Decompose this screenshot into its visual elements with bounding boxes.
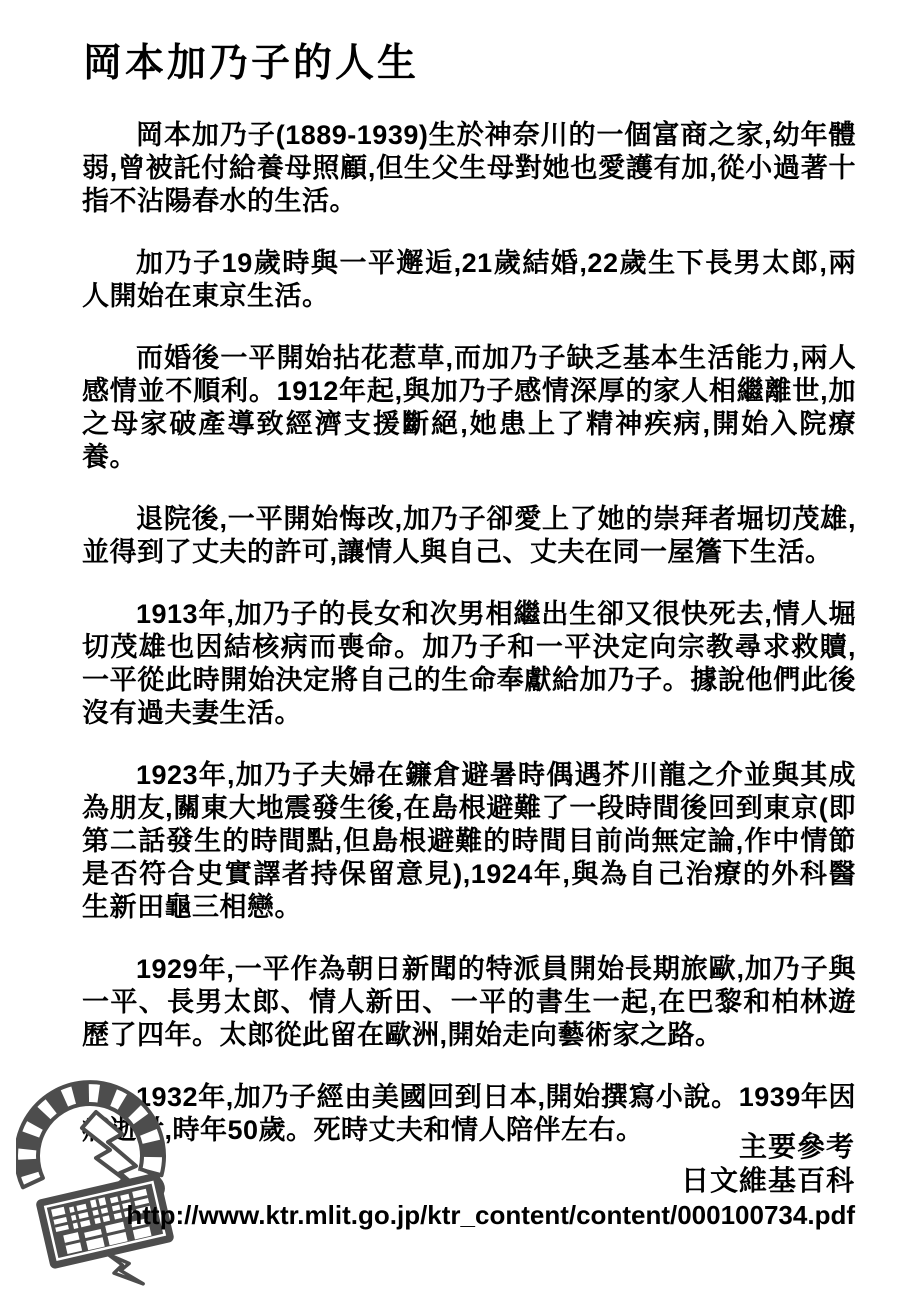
reference-url: http://www.ktr.mlit.go.jp/ktr_content/co… bbox=[126, 1198, 855, 1232]
document-page: 岡本加乃子的人生 岡本加乃子(1889-1939)生於神奈川的一個富商之家,幼年… bbox=[0, 0, 919, 1300]
reference-heading: 主要參考 bbox=[126, 1130, 855, 1164]
article-body: 岡本加乃子(1889-1939)生於神奈川的一個富商之家,幼年體弱,曾被託付給養… bbox=[82, 119, 856, 1176]
paragraph: 而婚後一平開始拈花惹草,而加乃子缺乏基本生活能力,兩人感情並不順利。1912年起… bbox=[82, 342, 856, 474]
reference-source: 日文維基百科 bbox=[126, 1164, 855, 1198]
paragraph: 1923年,加乃子夫婦在鐮倉避暑時偶遇芥川龍之介並與其成為朋友,關東大地震發生後… bbox=[82, 759, 856, 924]
page-title: 岡本加乃子的人生 bbox=[83, 44, 419, 83]
paragraph: 退院後,一平開始悔改,加乃子卻愛上了她的崇拜者堀切茂雄,並得到了丈夫的許可,讓情… bbox=[82, 503, 856, 569]
paragraph: 岡本加乃子(1889-1939)生於神奈川的一個富商之家,幼年體弱,曾被託付給養… bbox=[82, 119, 856, 218]
paragraph: 1929年,一平作為朝日新聞的特派員開始長期旅歐,加乃子與一平、長男太郎、情人新… bbox=[82, 953, 856, 1052]
paragraph: 加乃子19歲時與一平邂逅,21歲結婚,22歲生下長男太郎,兩人開始在東京生活。 bbox=[82, 247, 856, 313]
paragraph: 1913年,加乃子的長女和次男相繼出生卻又很快死去,情人堀切茂雄也因結核病而喪命… bbox=[82, 598, 856, 730]
reference-block: 主要參考 日文維基百科 http://www.ktr.mlit.go.jp/kt… bbox=[126, 1130, 855, 1232]
